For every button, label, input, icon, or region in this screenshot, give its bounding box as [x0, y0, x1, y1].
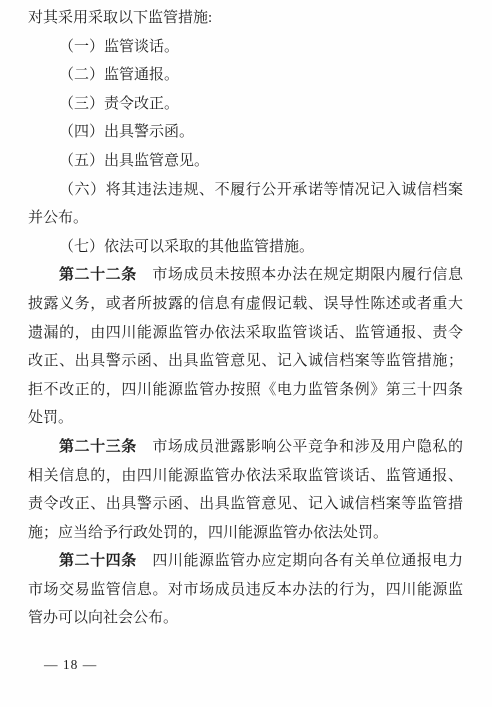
text-line: 并公布。	[28, 204, 463, 233]
text-line: 管办可以向社会公布。	[28, 604, 463, 633]
text-line: 施；应当给予行政处罚的，四川能源监管办依法处罚。	[28, 519, 463, 548]
text-line: 遗漏的，由四川能源监管办依法采取监管谈话、监管通报、责令	[28, 319, 463, 348]
text-line: 市场交易监管信息。对市场成员违反本办法的行为，四川能源监	[28, 576, 463, 605]
document-page: 对其采用采取以下监管措施:（一）监管谈话。（二）监管通报。（三）责令改正。（四）…	[0, 0, 492, 707]
text-line: 对其采用采取以下监管措施:	[28, 4, 463, 33]
document-body: 对其采用采取以下监管措施:（一）监管谈话。（二）监管通报。（三）责令改正。（四）…	[28, 4, 463, 633]
page-number: — 18 —	[44, 655, 97, 675]
text-line: （四）出具警示函。	[28, 118, 463, 147]
text-line: （三）责令改正。	[28, 90, 463, 119]
text-line: 相关信息的，由四川能源监管办依法采取监管谈话、监管通报、	[28, 462, 463, 491]
text-line: 改正、出具警示函、出具监管意见、记入诚信档案等监管措施；	[28, 347, 463, 376]
text-line: （六）将其违法违规、不履行公开承诺等情况记入诚信档案	[28, 176, 463, 205]
article-number: 第二十三条	[59, 439, 137, 455]
text-line: （七）依法可以采取的其他监管措施。	[28, 233, 463, 262]
text-line: 拒不改正的，四川能源监管办按照《电力监管条例》第三十四条	[28, 376, 463, 405]
text-line: （一）监管谈话。	[28, 33, 463, 62]
text-line: 第二十二条 市场成员未按照本办法在规定期限内履行信息	[28, 261, 463, 290]
text-line: 责令改正、出具警示函、出具监管意见、记入诚信档案等监管措	[28, 490, 463, 519]
text-line: 第二十三条 市场成员泄露影响公平竞争和涉及用户隐私的	[28, 433, 463, 462]
article-number: 第二十四条	[59, 553, 137, 569]
text-line: 披露义务，或者所披露的信息有虚假记载、误导性陈述或者重大	[28, 290, 463, 319]
text-line: 第二十四条 四川能源监管办应定期向各有关单位通报电力	[28, 547, 463, 576]
text-line: （二）监管通报。	[28, 61, 463, 90]
text-line: 处罚。	[28, 404, 463, 433]
text-line: （五）出具监管意见。	[28, 147, 463, 176]
article-number: 第二十二条	[59, 267, 137, 283]
